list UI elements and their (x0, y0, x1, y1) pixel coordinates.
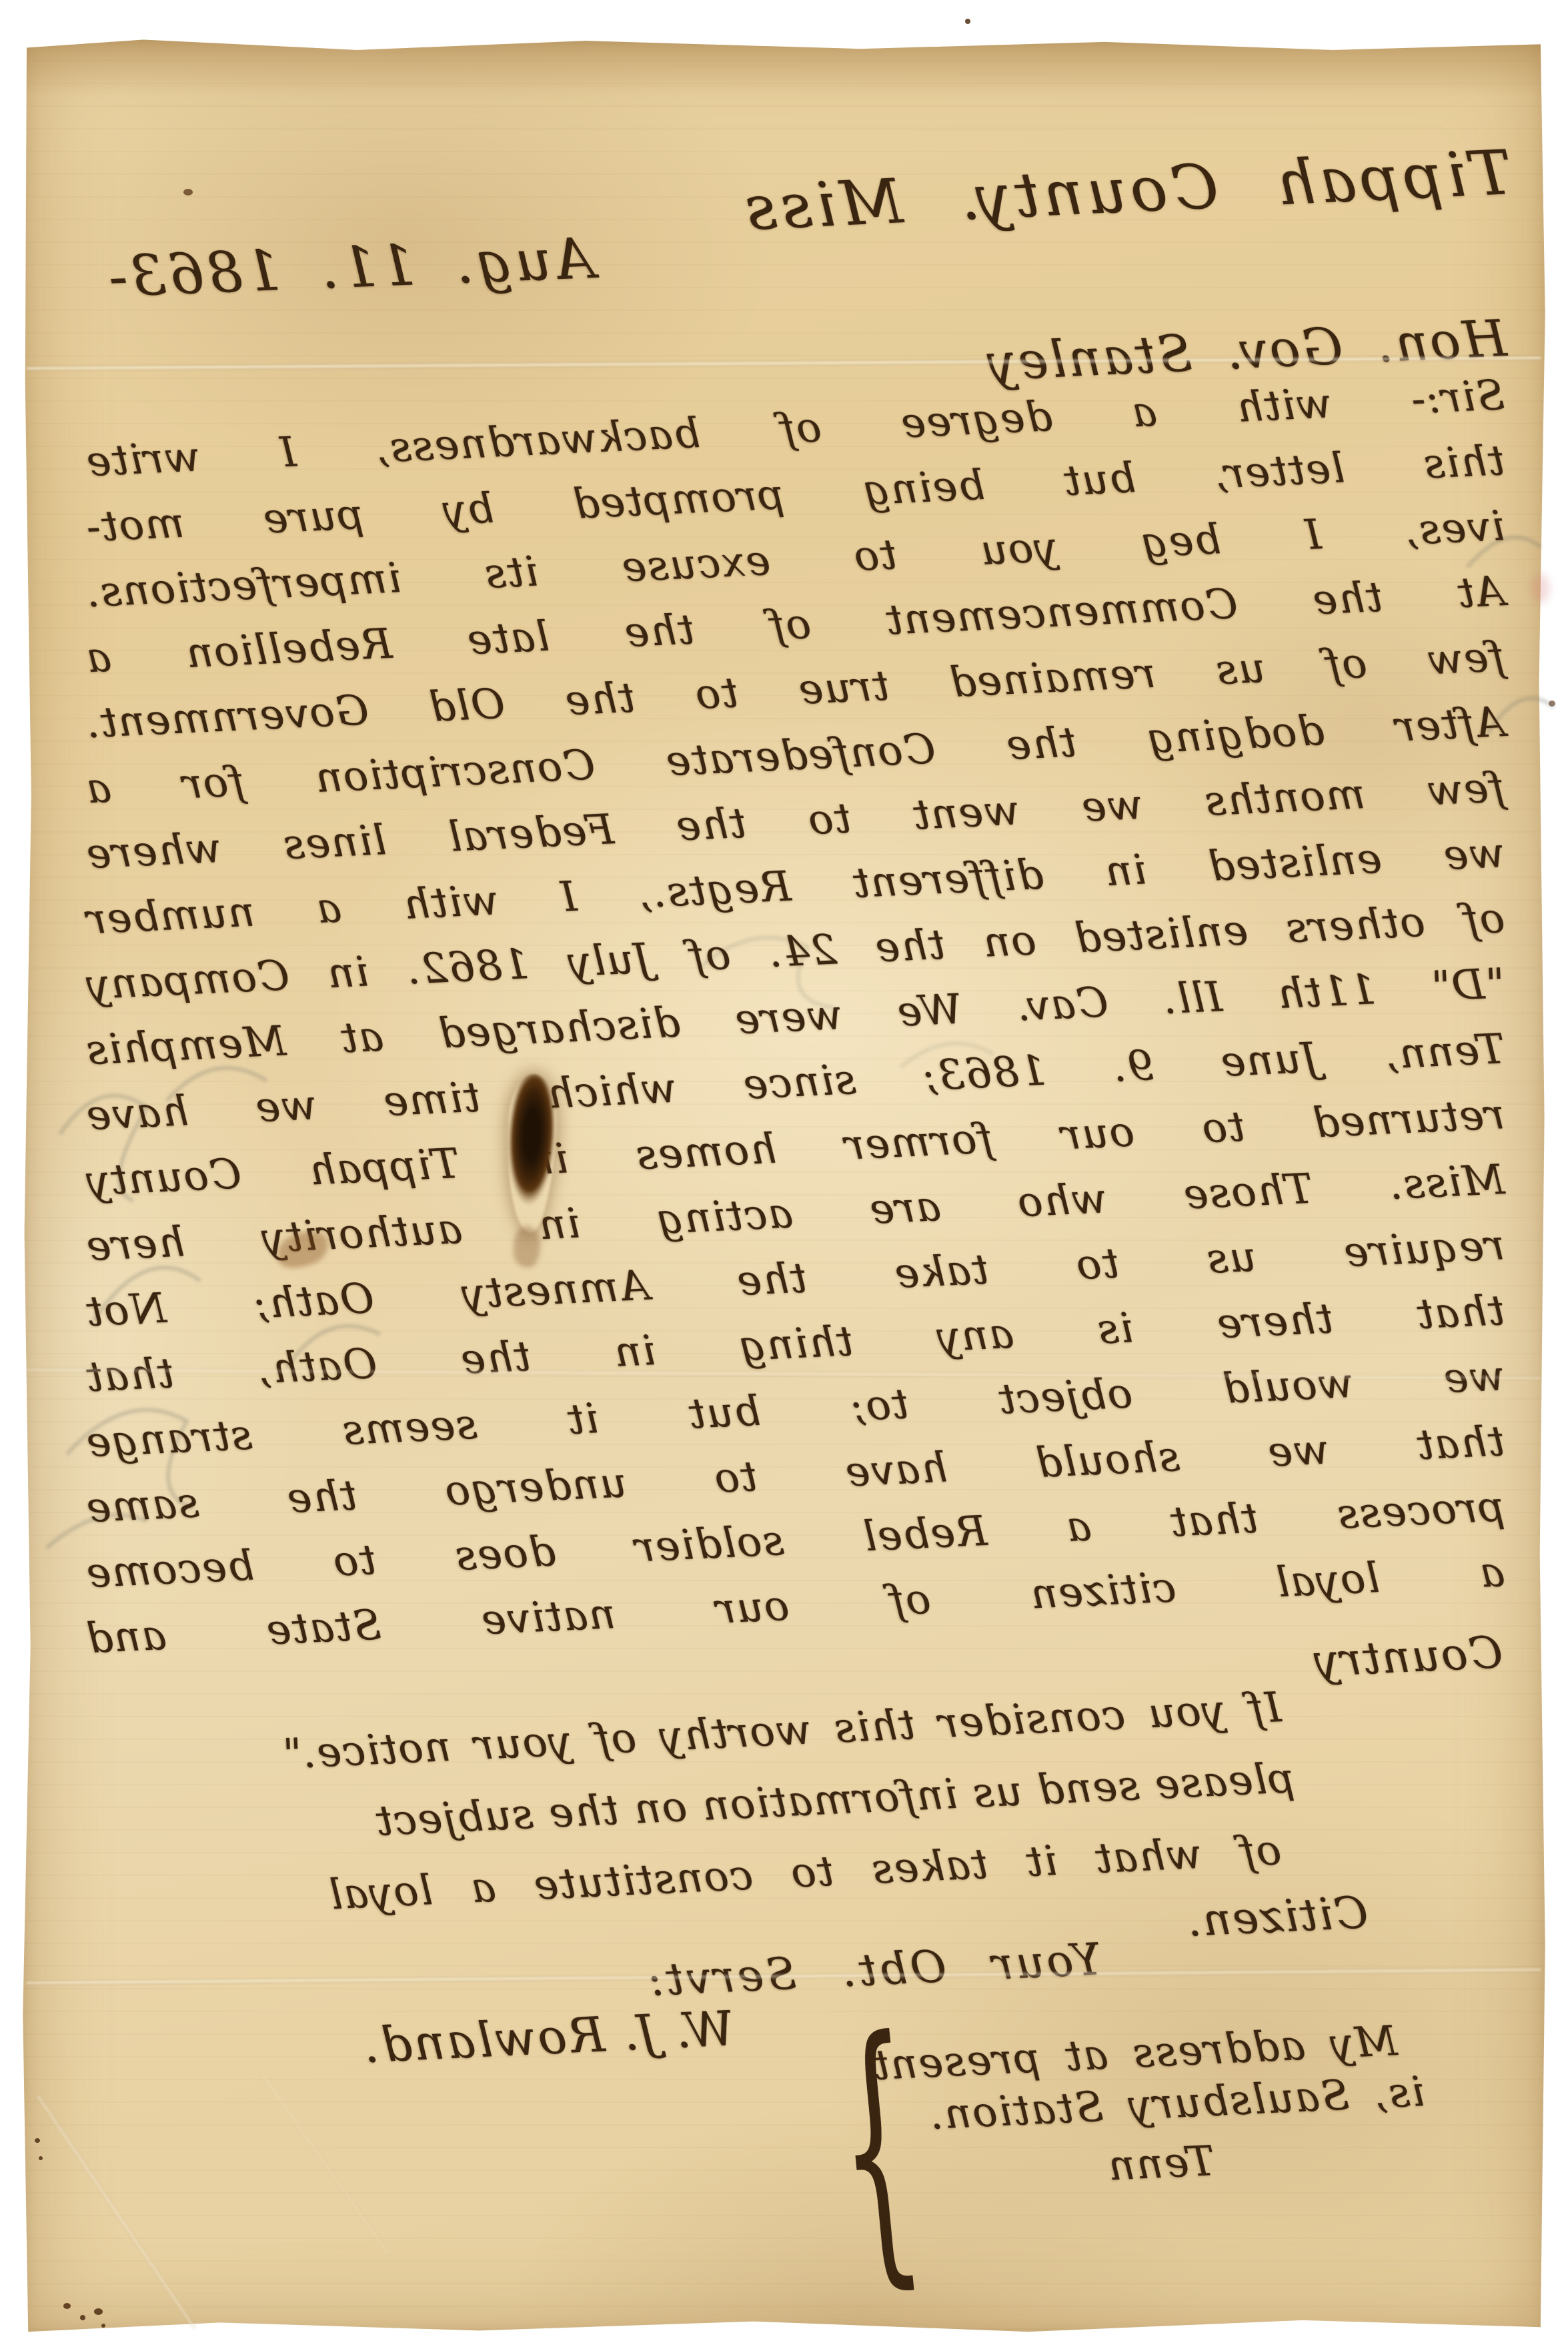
ink-spatter (94, 2308, 103, 2315)
paper-speck (1549, 700, 1555, 707)
address-brace: } (839, 1979, 918, 2318)
signature-line: W. J. Rowland. (361, 2000, 736, 2073)
pink-smudge (1531, 574, 1550, 603)
body-line: Country (1312, 1626, 1504, 1687)
ink-spatter (101, 2324, 105, 2328)
paper-speck (965, 19, 970, 24)
ink-spatter (80, 2315, 85, 2320)
address-line: Tenn (1106, 2136, 1215, 2190)
mirrored-handwriting-layer: Tippah County. Miss Aug. 11. 1863- Hon. … (0, 0, 1568, 2351)
letter-scan: Tippah County. Miss Aug. 11. 1863- Hon. … (0, 0, 1568, 2351)
ink-spatter (63, 2303, 71, 2309)
heading-place-line: Tippah County. Miss (740, 137, 1513, 244)
ink-stain (514, 1226, 540, 1268)
paper-speck (183, 189, 193, 195)
ink-spatter (39, 2156, 43, 2160)
heading-date-line: Aug. 11. 1863- (105, 225, 596, 310)
ink-spatter (35, 2138, 40, 2143)
body-line: Citizen. (1185, 1887, 1369, 1947)
